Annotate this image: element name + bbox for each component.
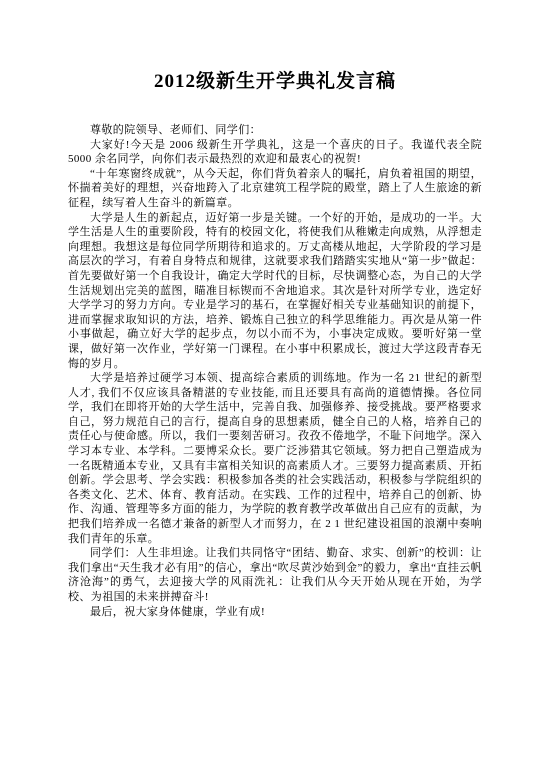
paragraph-greeting: 大家好!今天是 2006 级新生开学典礼，这是一个喜庆的日子。我谨代表全院 50… (68, 138, 482, 167)
paragraph-closing-wish: 最后，祝大家身体健康，学业有成! (68, 605, 482, 620)
document-page: 2012级新生开学典礼发言稿 尊敬的院领导、老师们、同学们： 大家好!今天是 2… (0, 0, 549, 778)
paragraph-first-steps: 大学是人生的新起点，迈好第一步是关键。一个好的开始，是成功的一半。大学生活是人生… (68, 211, 482, 372)
paragraph-motto-encouragement: 同学们：人生非坦途。让我们共同恪守“团结、勤奋、求实、创新”的校训：让我们拿出“… (68, 546, 482, 604)
document-title: 2012级新生开学典礼发言稿 (68, 70, 482, 94)
paragraph-opening-journey: “十年寒窗终成就”，从今天起，你们背负着亲人的嘱托，肩负着祖国的期望，怀揣着美好… (68, 167, 482, 211)
document-body: 尊敬的院领导、老师们、同学们： 大家好!今天是 2006 级新生开学典礼，这是一… (68, 123, 482, 619)
paragraph-quality-training: 大学是培养过硬学习本领、提高综合素质的训练地。作为一名 21 世纪的新型人才, … (68, 371, 482, 546)
paragraph-salutation: 尊敬的院领导、老师们、同学们： (68, 123, 482, 138)
